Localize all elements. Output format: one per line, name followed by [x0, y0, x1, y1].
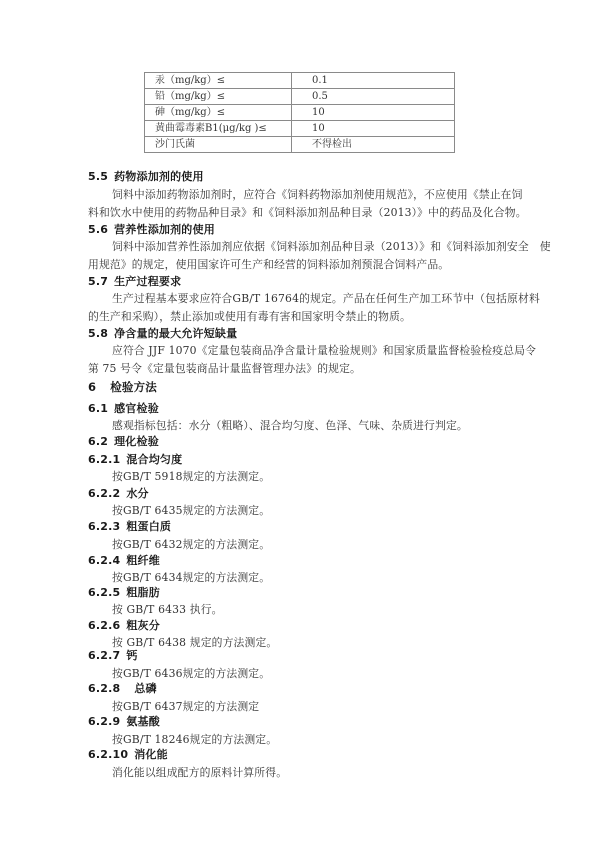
table-cell-item: 黄曲霉毒素B1(μg/kg )≤	[145, 121, 292, 137]
section-title: 检验方法	[110, 380, 157, 394]
table-row: 汞（mg/kg）≤ 0.1	[145, 73, 455, 89]
section-number: 6.2	[88, 435, 108, 448]
section-number: 6.2.9	[88, 715, 120, 728]
section-number: 6.2.7	[88, 649, 120, 662]
section-heading-5-5: 5.5药物添加剂的使用	[88, 169, 204, 185]
subsection-heading-6-2-2: 6.2.2水分	[88, 486, 149, 502]
subsection-heading-6-2-10: 6.2.10消化能	[88, 747, 168, 763]
table-row: 砷（mg/kg）≤ 10	[145, 105, 455, 121]
table-cell-value: 10	[292, 105, 455, 121]
table-row: 铅（mg/kg）≤ 0.5	[145, 89, 455, 105]
section-title: 总磷	[134, 682, 156, 695]
document-page: 汞（mg/kg）≤ 0.1 铅（mg/kg）≤ 0.5 砷（mg/kg）≤ 10…	[0, 0, 600, 848]
section-number: 6.2.10	[88, 748, 128, 761]
paragraph-line: 用规范》的规定，使用国家许可生产和经营的饲料添加剂预混合饲料产品。	[88, 257, 449, 273]
section-heading-6-1: 6.1感官检验	[88, 401, 159, 417]
paragraph-line: 按GB/T 5918规定的方法测定。	[112, 469, 270, 485]
subsection-heading-6-2-4: 6.2.4粗纤维	[88, 553, 160, 569]
section-heading-5-6: 5.6营养性添加剂的使用	[88, 222, 215, 238]
section-number: 6.2.1	[88, 453, 120, 466]
paragraph-line: 第 75 号令《定量包装商品计量监督管理办法》的规定。	[88, 361, 361, 377]
section-heading-5-7: 5.7生产过程要求	[88, 274, 181, 290]
table-cell-item: 砷（mg/kg）≤	[145, 105, 292, 121]
section-number: 6.2.2	[88, 487, 120, 500]
section-number: 6	[88, 380, 96, 394]
subsection-heading-6-2-9: 6.2.9氨基酸	[88, 714, 160, 730]
subsection-heading-6-2-5: 6.2.5粗脂肪	[88, 585, 160, 601]
section-number: 6.2.3	[88, 520, 120, 533]
table-cell-item: 汞（mg/kg）≤	[145, 73, 292, 89]
section-title: 粗灰分	[126, 619, 160, 632]
paragraph-line: 按GB/T 18246规定的方法测定。	[112, 732, 277, 748]
section-title: 钙	[126, 649, 137, 662]
paragraph-line: 饲料中添加营养性添加剂应依据《饲料添加剂品种目录（2013）》和《饲料添加剂安全…	[112, 239, 551, 255]
table-cell-value: 0.1	[292, 73, 455, 89]
paragraph-line: 按 GB/T 6433 执行。	[112, 602, 223, 618]
section-number: 6.2.6	[88, 619, 120, 632]
section-title: 感官检验	[114, 402, 159, 415]
section-number: 6.2.8	[88, 682, 120, 695]
subsection-heading-6-2-8: 6.2.8总磷	[88, 681, 157, 697]
section-number: 6.2.4	[88, 554, 120, 567]
paragraph-line: 应符合 JJF 1070《定量包装商品净含量计量检验规则》和国家质量监督检验检疫…	[112, 343, 536, 359]
section-title: 混合均匀度	[126, 453, 182, 466]
limits-table: 汞（mg/kg）≤ 0.1 铅（mg/kg）≤ 0.5 砷（mg/kg）≤ 10…	[144, 72, 455, 153]
section-title: 营养性添加剂的使用	[114, 223, 215, 236]
section-title: 氨基酸	[126, 715, 160, 728]
paragraph-line: 料和饮水中使用的药物品种目录》和《饲料添加剂品种目录（2013）》中的药品及化合…	[88, 205, 527, 221]
paragraph-line: 生产过程基本要求应符合GB/T 16764的规定。产品在任何生产加工环节中（包括…	[112, 291, 540, 307]
subsection-heading-6-2-7: 6.2.7钙	[88, 648, 138, 664]
paragraph-line: 按GB/T 6437规定的方法测定	[112, 699, 259, 715]
section-title: 粗纤维	[126, 554, 160, 567]
chapter-heading-6: 6检验方法	[88, 379, 157, 395]
section-heading-6-2: 6.2理化检验	[88, 434, 159, 450]
section-number: 6.1	[88, 402, 108, 415]
table-cell-item: 铅（mg/kg）≤	[145, 89, 292, 105]
section-title: 药物添加剂的使用	[114, 170, 204, 183]
section-number: 5.7	[88, 275, 108, 288]
section-number: 5.6	[88, 223, 108, 236]
section-title: 理化检验	[114, 435, 159, 448]
section-title: 粗脂肪	[126, 586, 160, 599]
section-heading-5-8: 5.8净含量的最大允许短缺量	[88, 326, 237, 342]
section-title: 粗蛋白质	[126, 520, 171, 533]
section-title: 生产过程要求	[114, 275, 181, 288]
paragraph-line: 按GB/T 6435规定的方法测定。	[112, 503, 270, 519]
subsection-heading-6-2-6: 6.2.6粗灰分	[88, 618, 160, 634]
paragraph-line: 按GB/T 6432规定的方法测定。	[112, 537, 270, 553]
table-cell-item: 沙门氏菌	[145, 137, 292, 153]
table-cell-value: 不得检出	[292, 137, 455, 153]
section-title: 净含量的最大允许短缺量	[114, 327, 237, 340]
table-row: 黄曲霉毒素B1(μg/kg )≤ 10	[145, 121, 455, 137]
section-title: 消化能	[134, 748, 168, 761]
section-number: 5.8	[88, 327, 108, 340]
paragraph-line: 消化能以组成配方的原料计算所得。	[112, 765, 287, 781]
subsection-heading-6-2-3: 6.2.3粗蛋白质	[88, 519, 171, 535]
paragraph-line: 按GB/T 6434规定的方法测定。	[112, 570, 270, 586]
table-cell-value: 10	[292, 121, 455, 137]
section-number: 6.2.5	[88, 586, 120, 599]
paragraph-line: 按GB/T 6436规定的方法测定。	[112, 666, 270, 682]
paragraph-line: 的生产和采购），禁止添加或使用有毒有害和国家明令禁止的物质。	[88, 309, 411, 325]
subsection-heading-6-2-1: 6.2.1混合均匀度	[88, 452, 182, 468]
table-row: 沙门氏菌 不得检出	[145, 137, 455, 153]
paragraph-line: 饲料中添加药物添加剂时，应符合《饲料药物添加剂使用规范》，不应使用《禁止在饲	[112, 187, 523, 203]
section-number: 5.5	[88, 170, 108, 183]
paragraph-line: 感观指标包括：水分（粗略）、混合均匀度、色泽、气味、杂质进行判定。	[112, 418, 468, 434]
section-title: 水分	[126, 487, 148, 500]
table-cell-value: 0.5	[292, 89, 455, 105]
